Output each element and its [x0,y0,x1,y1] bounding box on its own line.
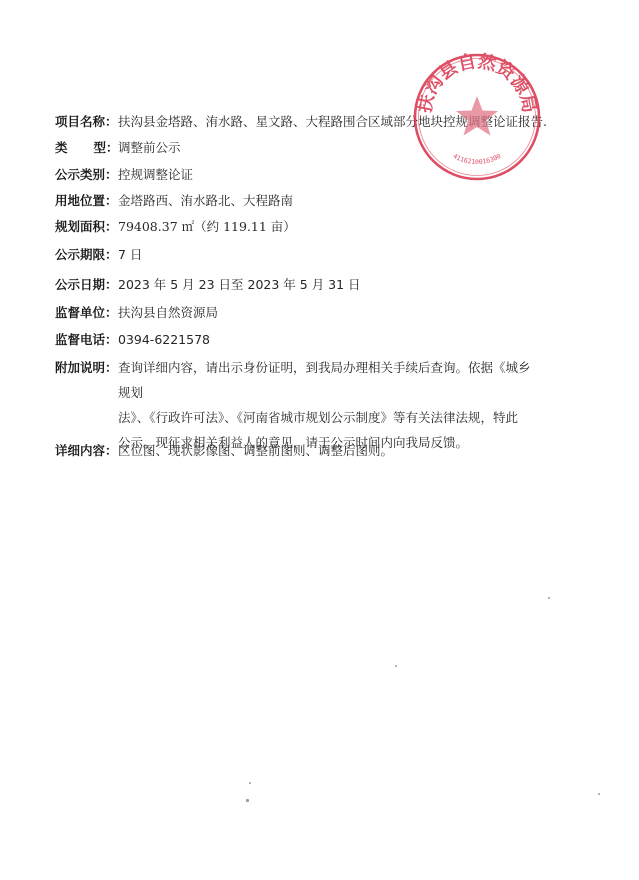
field-value: 2023 年 5 月 23 日至 2023 年 5 月 31 日 [118,272,361,297]
field-label-left: 类 [55,140,68,155]
field-area: 规划面积： 79408.37 ㎡（约 119.11 亩） [55,214,296,239]
field-value: 金塔路西、洧水路北、大程路南 [118,188,293,213]
scan-speck [395,665,397,667]
scan-speck [548,597,550,599]
field-supervisor: 监督单位： 扶沟县自然资源局 [55,300,218,325]
field-project-name: 项目名称： 扶沟县金塔路、洧水路、星文路、大程路围合区域部分地块控规调整论证报告… [55,109,547,134]
seal-code: 4116210016300 [452,152,503,166]
field-value: 控规调整论证 [118,162,193,187]
field-value: 7 日 [118,242,142,267]
field-location: 用地位置： 金塔路西、洧水路北、大程路南 [55,188,293,213]
document-page: 项目名称： 扶沟县金塔路、洧水路、星文路、大程路围合区域部分地块控规调整论证报告… [0,0,639,880]
field-value: 79408.37 ㎡（约 119.11 亩） [118,214,296,239]
field-value: 扶沟县自然资源局 [118,300,218,325]
seal-text: 扶沟县自然资源局 [413,52,539,114]
field-label: 公示类别： [55,162,118,187]
note-line: 法》、《行政许可法》、《河南省城市规划公示制度》等有关法律法规，特此 [118,405,538,430]
field-category: 公示类别： 控规调整论证 [55,162,193,187]
svg-text:扶沟县自然资源局: 扶沟县自然资源局 [413,52,539,114]
field-value: 0394-6221578 [118,327,210,352]
field-dates: 公示日期： 2023 年 5 月 23 日至 2023 年 5 月 31 日 [55,272,361,297]
svg-text:4116210016300: 4116210016300 [452,152,503,166]
field-label: 类型： [55,135,118,160]
field-details: 详细内容： 区位图、现状影像图、调整前图则、调整后图则。 [55,438,393,463]
field-label: 监督电话： [55,327,118,352]
scan-speck [249,782,251,784]
field-duration: 公示期限： 7 日 [55,242,142,267]
field-value: 区位图、现状影像图、调整前图则、调整后图则。 [118,438,393,463]
note-line: 查询详细内容，请出示身份证明，到我局办理相关手续后查询。依据《城乡规划 [118,355,538,405]
field-type: 类型： 调整前公示 [55,135,181,160]
field-label: 监督单位： [55,300,118,325]
scan-speck [598,793,600,795]
field-label-right: 型： [94,140,119,155]
field-label: 项目名称： [55,109,118,134]
field-phone: 监督电话： 0394-6221578 [55,327,210,352]
scan-speck [246,799,249,802]
field-label: 详细内容： [55,438,118,463]
field-label: 公示日期： [55,272,118,297]
field-value: 扶沟县金塔路、洧水路、星文路、大程路围合区域部分地块控规调整论证报告. [118,109,547,134]
field-label: 公示期限： [55,242,118,267]
field-label: 规划面积： [55,214,118,239]
field-value: 调整前公示 [118,135,181,160]
field-label: 用地位置： [55,188,118,213]
field-label: 附加说明： [55,355,118,380]
